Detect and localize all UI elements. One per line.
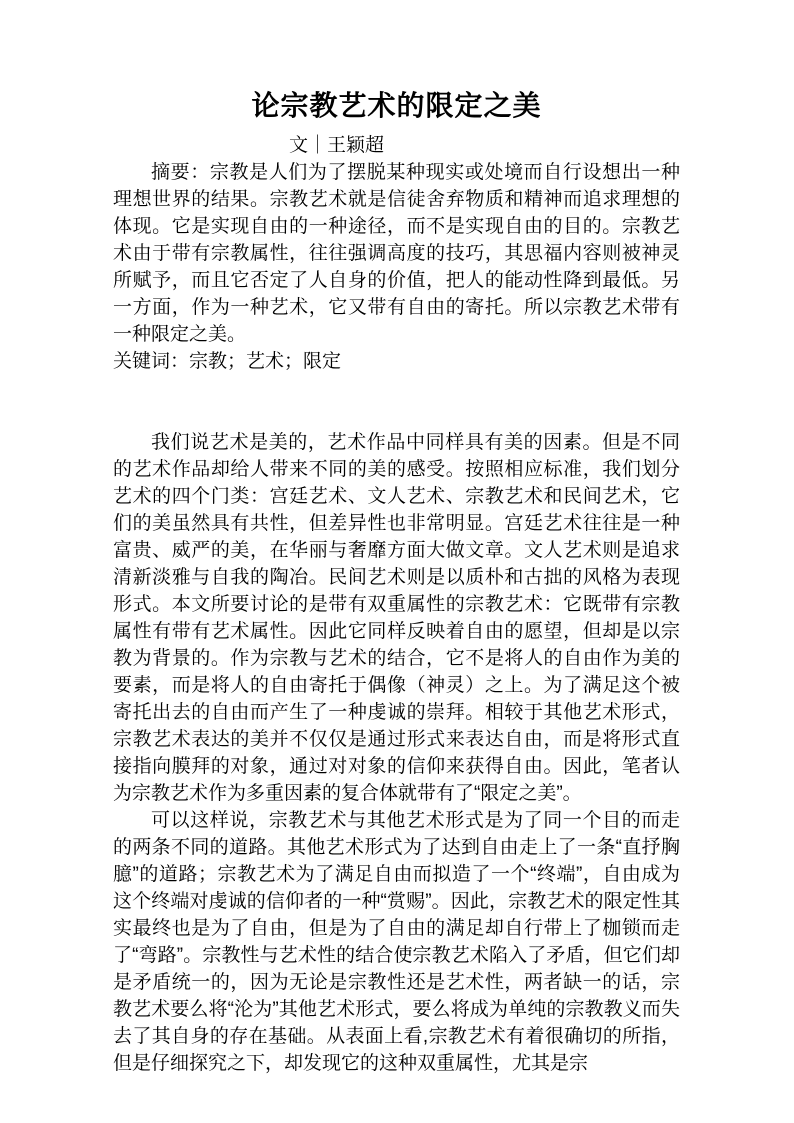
body-paragraph-2: 可以这样说，宗教艺术与其他艺术形式是为了同一个目的而走的两条不同的道路。其他艺术… [113, 807, 680, 1077]
document-title: 论宗教艺术的限定之美 [113, 88, 680, 124]
text-block: 论宗教艺术的限定之美 文｜王颖超 摘要：宗教是人们为了摆脱某种现实或处境而自行设… [113, 0, 680, 1077]
article-body: 我们说艺术是美的，艺术作品中同样具有美的因素。但是不同的艺术作品却给人带来不同的… [113, 429, 680, 1077]
abstract-paragraph: 摘要：宗教是人们为了摆脱某种现实或处境而自行设想出一种理想世界的结果。宗教艺术就… [113, 159, 680, 348]
keywords-line: 关键词：宗教；艺术；限定 [113, 348, 680, 375]
body-paragraph-1: 我们说艺术是美的，艺术作品中同样具有美的因素。但是不同的艺术作品却给人带来不同的… [113, 429, 680, 807]
document-page: 论宗教艺术的限定之美 文｜王颖超 摘要：宗教是人们为了摆脱某种现实或处境而自行设… [0, 0, 794, 1123]
byline: 文｜王颖超 [113, 132, 680, 159]
